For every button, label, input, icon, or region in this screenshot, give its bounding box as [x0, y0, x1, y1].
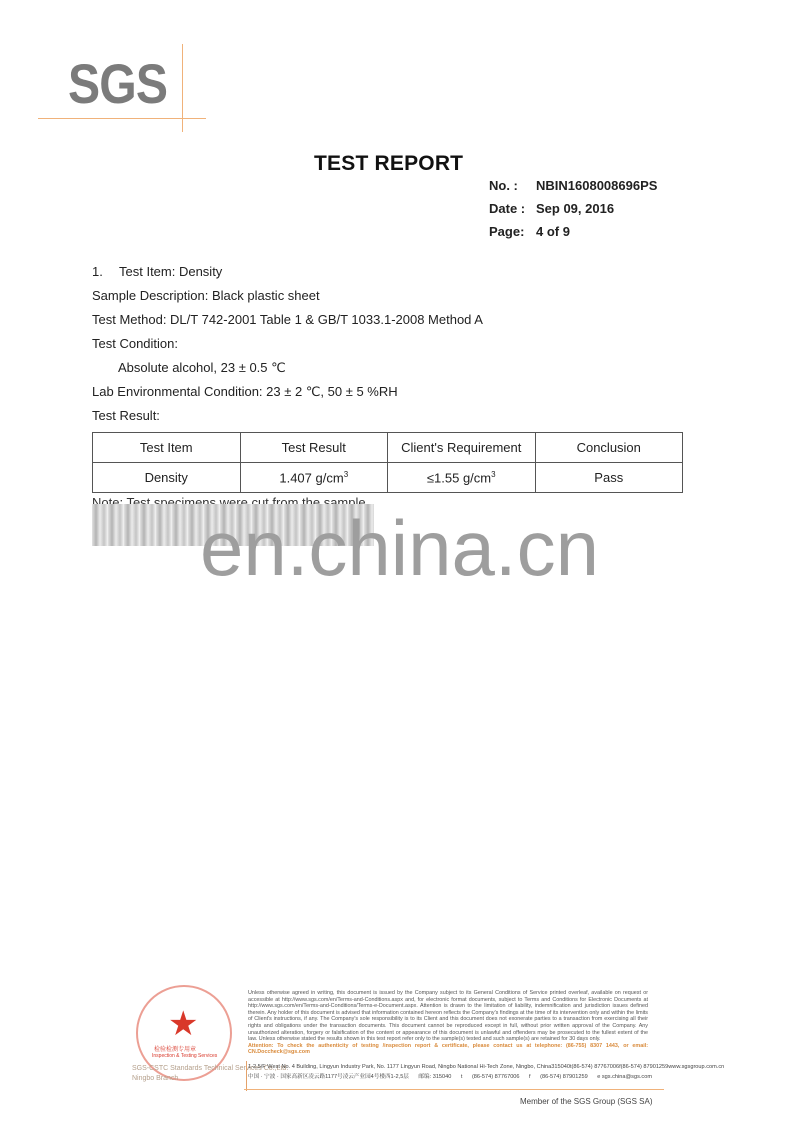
cell-requirement: ≤1.55 g/cm3	[388, 463, 536, 493]
report-body: 1.Test Item: Density Sample Description:…	[92, 263, 483, 431]
note-text: Note: Test specimens were cut from the s…	[92, 495, 369, 504]
report-page: Page: 4 of 9	[489, 223, 657, 246]
sgs-logo: SGS	[34, 44, 214, 134]
legal-text: Unless otherwise agreed in writing, this…	[248, 990, 648, 1042]
test-item-line: 1.Test Item: Density	[92, 263, 483, 287]
report-title: TEST REPORT	[314, 152, 463, 176]
result-value: 1.407 g/cm	[279, 470, 343, 485]
tel: (86-574) 87767006	[572, 1062, 620, 1072]
email: e sgs.china@sgs.com	[597, 1072, 652, 1082]
member-text: Member of the SGS Group (SGS SA)	[520, 1097, 653, 1106]
table-row: Density 1.407 g/cm3 ≤1.55 g/cm3 Pass	[93, 463, 683, 493]
test-item: Test Item: Density	[119, 264, 222, 279]
seal-text-bottom: Inspection & Testing Services	[152, 1053, 217, 1059]
footer-rule	[244, 1089, 664, 1090]
test-condition-label: Test Condition:	[92, 335, 483, 359]
requirement-value: ≤1.55 g/cm	[427, 470, 491, 485]
fax-cn: (86-574) 87901259	[540, 1072, 588, 1082]
fax: (86-574) 87901259	[621, 1062, 669, 1072]
tel-label-cn: t	[461, 1072, 463, 1082]
address-en: 1-2,5/F West No. 4 Building, Lingyun Ind…	[248, 1062, 551, 1072]
table-header-row: Test Item Test Result Client's Requireme…	[93, 433, 683, 463]
postcode-cn: 邮编: 315040	[418, 1072, 451, 1082]
postcode-en: 315040	[551, 1062, 570, 1072]
address-row-en: 1-2,5/F West No. 4 Building, Lingyun Ind…	[248, 1062, 652, 1072]
address-block: 1-2,5/F West No. 4 Building, Lingyun Ind…	[248, 1062, 652, 1082]
report-date-label: Date :	[489, 200, 536, 223]
report-page-label: Page:	[489, 223, 536, 246]
logo-horizontal-rule	[38, 118, 206, 119]
lab-condition: Lab Environmental Condition: 23 ± 2 ℃, 5…	[92, 383, 483, 407]
cell-test-item: Density	[93, 463, 241, 493]
attention-text: Attention: To check the authenticity of …	[248, 1043, 648, 1056]
result-superscript: 3	[344, 470, 348, 479]
cell-conclusion: Pass	[535, 463, 683, 493]
report-number-value: NBIN1608008696PS	[536, 177, 657, 200]
fax-label-cn: f	[529, 1072, 531, 1082]
tel-cn: (86-574) 87767006	[472, 1072, 520, 1082]
seal-text-top: 检验检测专用章	[154, 1044, 196, 1053]
address-row-cn: 中国 · 宁波 · 国家高新区凌云路1177号凌云产业园4号楼西1-2,5层 邮…	[248, 1072, 652, 1082]
report-date: Date : Sep 09, 2016	[489, 200, 657, 223]
logo-vertical-rule	[182, 44, 183, 132]
cell-test-result: 1.407 g/cm3	[240, 463, 388, 493]
star-icon: ★	[168, 1007, 198, 1041]
requirement-superscript: 3	[491, 470, 495, 479]
result-table: Test Item Test Result Client's Requireme…	[92, 432, 683, 493]
header-test-result: Test Result	[240, 433, 388, 463]
watermark: en.china.cn	[200, 505, 599, 591]
header-test-item: Test Item	[93, 433, 241, 463]
report-page-value: 4 of 9	[536, 223, 570, 246]
test-result-label: Test Result:	[92, 407, 483, 431]
report-date-value: Sep 09, 2016	[536, 200, 614, 223]
logo-text: SGS	[68, 54, 167, 114]
header-conclusion: Conclusion	[535, 433, 683, 463]
website: www.sgsgroup.com.cn	[668, 1062, 724, 1072]
legal-disclaimer: Unless otherwise agreed in writing, this…	[248, 990, 648, 1056]
item-number: 1.	[92, 263, 119, 281]
test-condition-value: Absolute alcohol, 23 ± 0.5 ℃	[92, 359, 483, 383]
address-cn: 中国 · 宁波 · 国家高新区凌云路1177号凌云产业园4号楼西1-2,5层	[248, 1072, 409, 1082]
header-requirement: Client's Requirement	[388, 433, 536, 463]
address-border	[246, 1061, 247, 1091]
report-meta: No. : NBIN1608008696PS Date : Sep 09, 20…	[489, 177, 657, 246]
report-number: No. : NBIN1608008696PS	[489, 177, 657, 200]
report-number-label: No. :	[489, 177, 536, 200]
sample-description: Sample Description: Black plastic sheet	[92, 287, 483, 311]
test-method: Test Method: DL/T 742-2001 Table 1 & GB/…	[92, 311, 483, 335]
